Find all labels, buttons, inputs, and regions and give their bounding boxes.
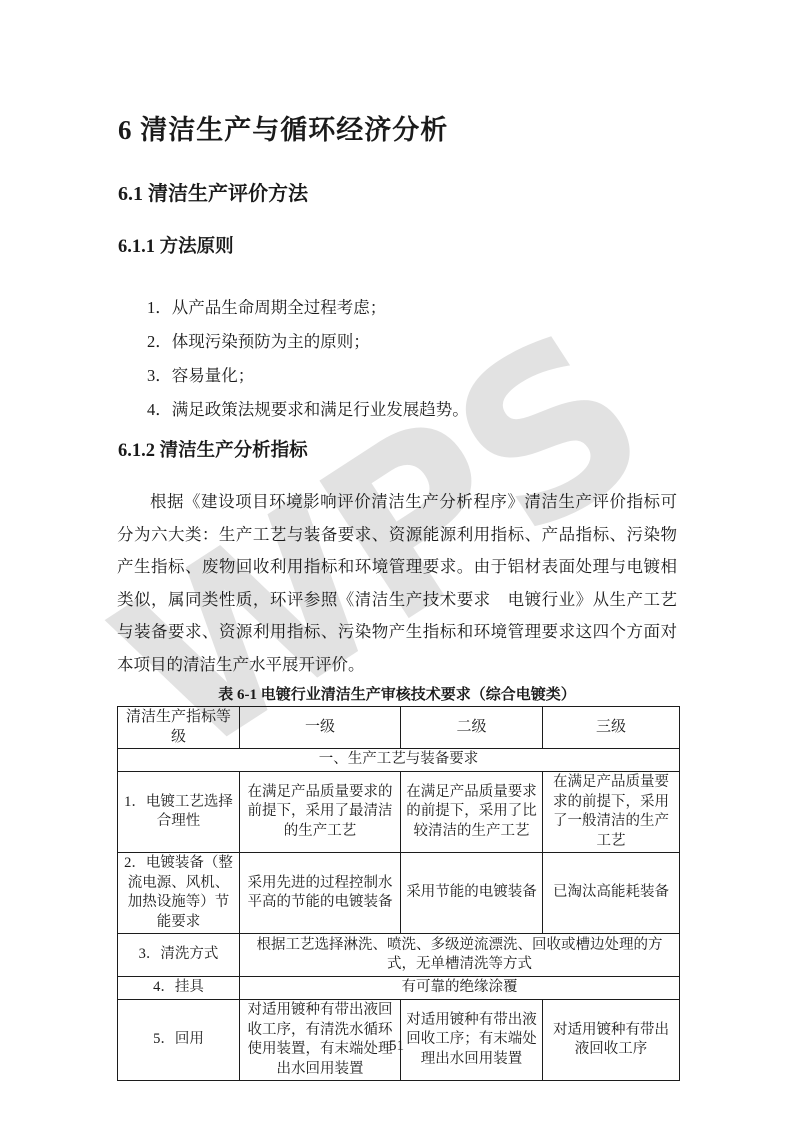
- section-heading: 6.1 清洁生产评价方法: [118, 181, 677, 208]
- page-content: 6 清洁生产与循环经济分析 6.1 清洁生产评价方法 6.1.1 方法原则 1．…: [117, 0, 677, 1081]
- table-row: 3．清洗方式 根据工艺选择淋洗、喷洗、多级逆流漂洗、回收或槽边处理的方式，无单槽…: [118, 934, 680, 977]
- table-cell-merged: 根据工艺选择淋洗、喷洗、多级逆流漂洗、回收或槽边处理的方式，无单槽清洗等方式: [240, 934, 680, 977]
- table-row: 2．电镀装备（整流电源、风机、加热设施等）节能要求 采用先进的过程控制水平高的节…: [118, 853, 680, 934]
- table-cell: 采用节能的电镀装备: [401, 853, 543, 934]
- table-row: 1．电镀工艺选择合理性 在满足产品质量要求的前提下，采用了最清洁的生产工艺 在满…: [118, 772, 680, 853]
- table-header-level-3: 三级: [543, 707, 680, 749]
- tech-requirements-table: 清洁生产指标等级 一级 二级 三级 一、生产工艺与装备要求 1．电镀工艺选择合理…: [117, 706, 680, 1081]
- table-row-label: 1．电镀工艺选择合理性: [118, 772, 240, 853]
- table-header-level-1: 一级: [240, 707, 401, 749]
- table-header-indicator-level: 清洁生产指标等级: [118, 707, 240, 749]
- table-cell: 在满足产品质量要求的前提下，采用了最清洁的生产工艺: [240, 772, 401, 853]
- table-row: 4．挂具 有可靠的绝缘涂覆: [118, 977, 680, 1000]
- principles-list: 1．从产品生命周期全过程考虑； 2．体现污染预防为主的原则； 3．容易量化； 4…: [147, 291, 677, 427]
- body-paragraph: 根据《建设项目环境影响评价清洁生产分析程序》清洁生产评价指标可分为六大类：生产工…: [117, 486, 677, 681]
- table-row-label: 3．清洗方式: [118, 934, 240, 977]
- table-row-label: 4．挂具: [118, 977, 240, 1000]
- table-cell: 已淘汰高能耗装备: [543, 853, 680, 934]
- chapter-heading: 6 清洁生产与循环经济分析: [118, 112, 677, 148]
- table-cell: 在满足产品质量要求的前提下，采用了比较清洁的生产工艺: [401, 772, 543, 853]
- subsection-heading-analysis-indicators: 6.1.2 清洁生产分析指标: [118, 439, 677, 464]
- page-number: 51: [0, 1038, 793, 1055]
- table-header-row: 清洁生产指标等级 一级 二级 三级: [118, 707, 680, 749]
- table-header-level-2: 二级: [401, 707, 543, 749]
- list-item: 2．体现污染预防为主的原则；: [147, 325, 677, 359]
- list-item: 4．满足政策法规要求和满足行业发展趋势。: [147, 393, 677, 427]
- table-section-label: 一、生产工艺与装备要求: [118, 749, 680, 772]
- subsection-heading-method-principles: 6.1.1 方法原则: [118, 235, 677, 260]
- table-cell: 在满足产品质量要求的前提下，采用了一般清洁的生产工艺: [543, 772, 680, 853]
- table-row-label: 2．电镀装备（整流电源、风机、加热设施等）节能要求: [118, 853, 240, 934]
- table-cell: 采用先进的过程控制水平高的节能的电镀装备: [240, 853, 401, 934]
- list-item: 1．从产品生命周期全过程考虑；: [147, 291, 677, 325]
- table-title: 表 6-1 电镀行业清洁生产审核技术要求（综合电镀类）: [117, 685, 677, 705]
- list-item: 3．容易量化；: [147, 359, 677, 393]
- table-section-row: 一、生产工艺与装备要求: [118, 749, 680, 772]
- table-cell-merged: 有可靠的绝缘涂覆: [240, 977, 680, 1000]
